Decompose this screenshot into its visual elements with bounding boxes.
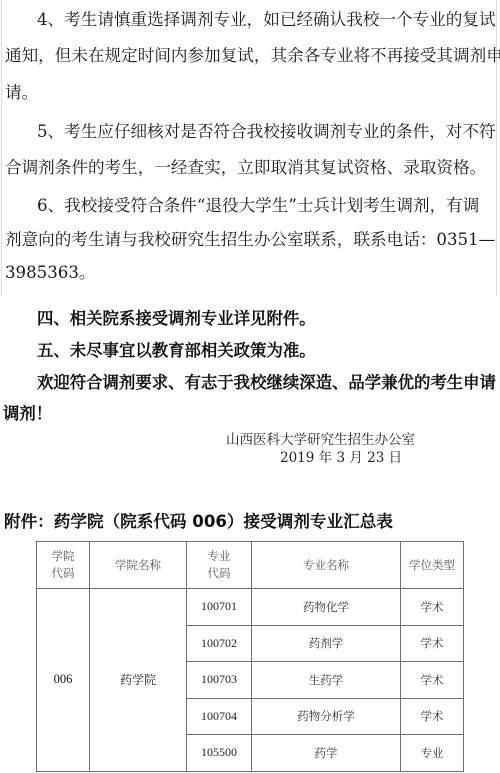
section-five: 五、未尽事宜以教育部相关政策为准。	[37, 333, 316, 369]
appendix-heading: 附件：药学院（院系代码 006）接受调剂专业汇总表	[4, 509, 393, 535]
section-four: 四、相关院系接受调剂专业详见附件。	[37, 301, 316, 337]
header-college-code: 学院 代码	[37, 542, 90, 589]
welcome-line-1: 欢迎符合调剂要求、有志于我校继续深造、品学兼优的考生申请	[37, 365, 496, 401]
major-code-cell: 100703	[187, 662, 252, 699]
paragraph-5-line-2: 合调剂条件的考生，一经查实，立即取消其复试资格、录取资格。	[5, 150, 486, 186]
degree-type-cell: 学术	[401, 625, 464, 662]
major-name-cell: 药物化学	[252, 589, 401, 626]
signature-office: 山西医科大学研究生招生办公室	[226, 431, 415, 449]
degree-type-cell: 专业	[401, 735, 464, 772]
major-name-cell: 生药学	[252, 662, 401, 699]
table-row: 006 药学院 100701 药物化学 学术	[37, 589, 464, 626]
majors-table: 学院 代码 学院名称 专业 代码 专业名称 学位类型 006 药学院 10070…	[36, 541, 464, 772]
college-code-cell: 006	[37, 589, 90, 772]
major-code-cell: 105500	[187, 735, 252, 772]
major-code-cell: 100704	[187, 698, 252, 735]
paragraph-6-line-1: 6、我校接受符合条件“退役大学生”士兵计划考生调剂，有调	[37, 188, 479, 224]
header-major-name: 专业名称	[252, 542, 401, 589]
college-name-cell: 药学院	[90, 589, 187, 772]
paragraph-4-line-1: 4、考生请慎重选择调剂专业，如已经确认我校一个专业的复试	[37, 2, 496, 38]
signature-date: 2019 年 3 月 23 日	[280, 449, 402, 467]
degree-type-cell: 学术	[401, 662, 464, 699]
paragraph-4-line-3: 请。	[5, 75, 38, 111]
degree-type-cell: 学术	[401, 589, 464, 626]
paragraph-4-line-2: 通知，但未在规定时间内参加复试，其余各专业将不再接受其调剂申	[5, 38, 500, 74]
paragraph-6-line-3: 3985363。	[5, 255, 96, 291]
welcome-line-2: 调剂！	[3, 396, 52, 432]
major-name-cell: 药学	[252, 735, 401, 772]
major-name-cell: 药剂学	[252, 625, 401, 662]
header-degree-type: 学位类型	[401, 542, 464, 589]
header-major-code: 专业 代码	[187, 542, 252, 589]
major-code-cell: 100701	[187, 589, 252, 626]
major-code-cell: 100702	[187, 625, 252, 662]
table-header-row: 学院 代码 学院名称 专业 代码 专业名称 学位类型	[37, 542, 464, 589]
header-college-name: 学院名称	[90, 542, 187, 589]
major-name-cell: 药物分析学	[252, 698, 401, 735]
degree-type-cell: 学术	[401, 698, 464, 735]
paragraph-6-line-2: 剂意向的考生请与我校研究生招生办公室联系，联系电话：0351—	[5, 222, 495, 258]
paragraph-5-line-1: 5、考生应仔细核对是否符合我校接收调剂专业的条件，对不符	[37, 114, 496, 150]
